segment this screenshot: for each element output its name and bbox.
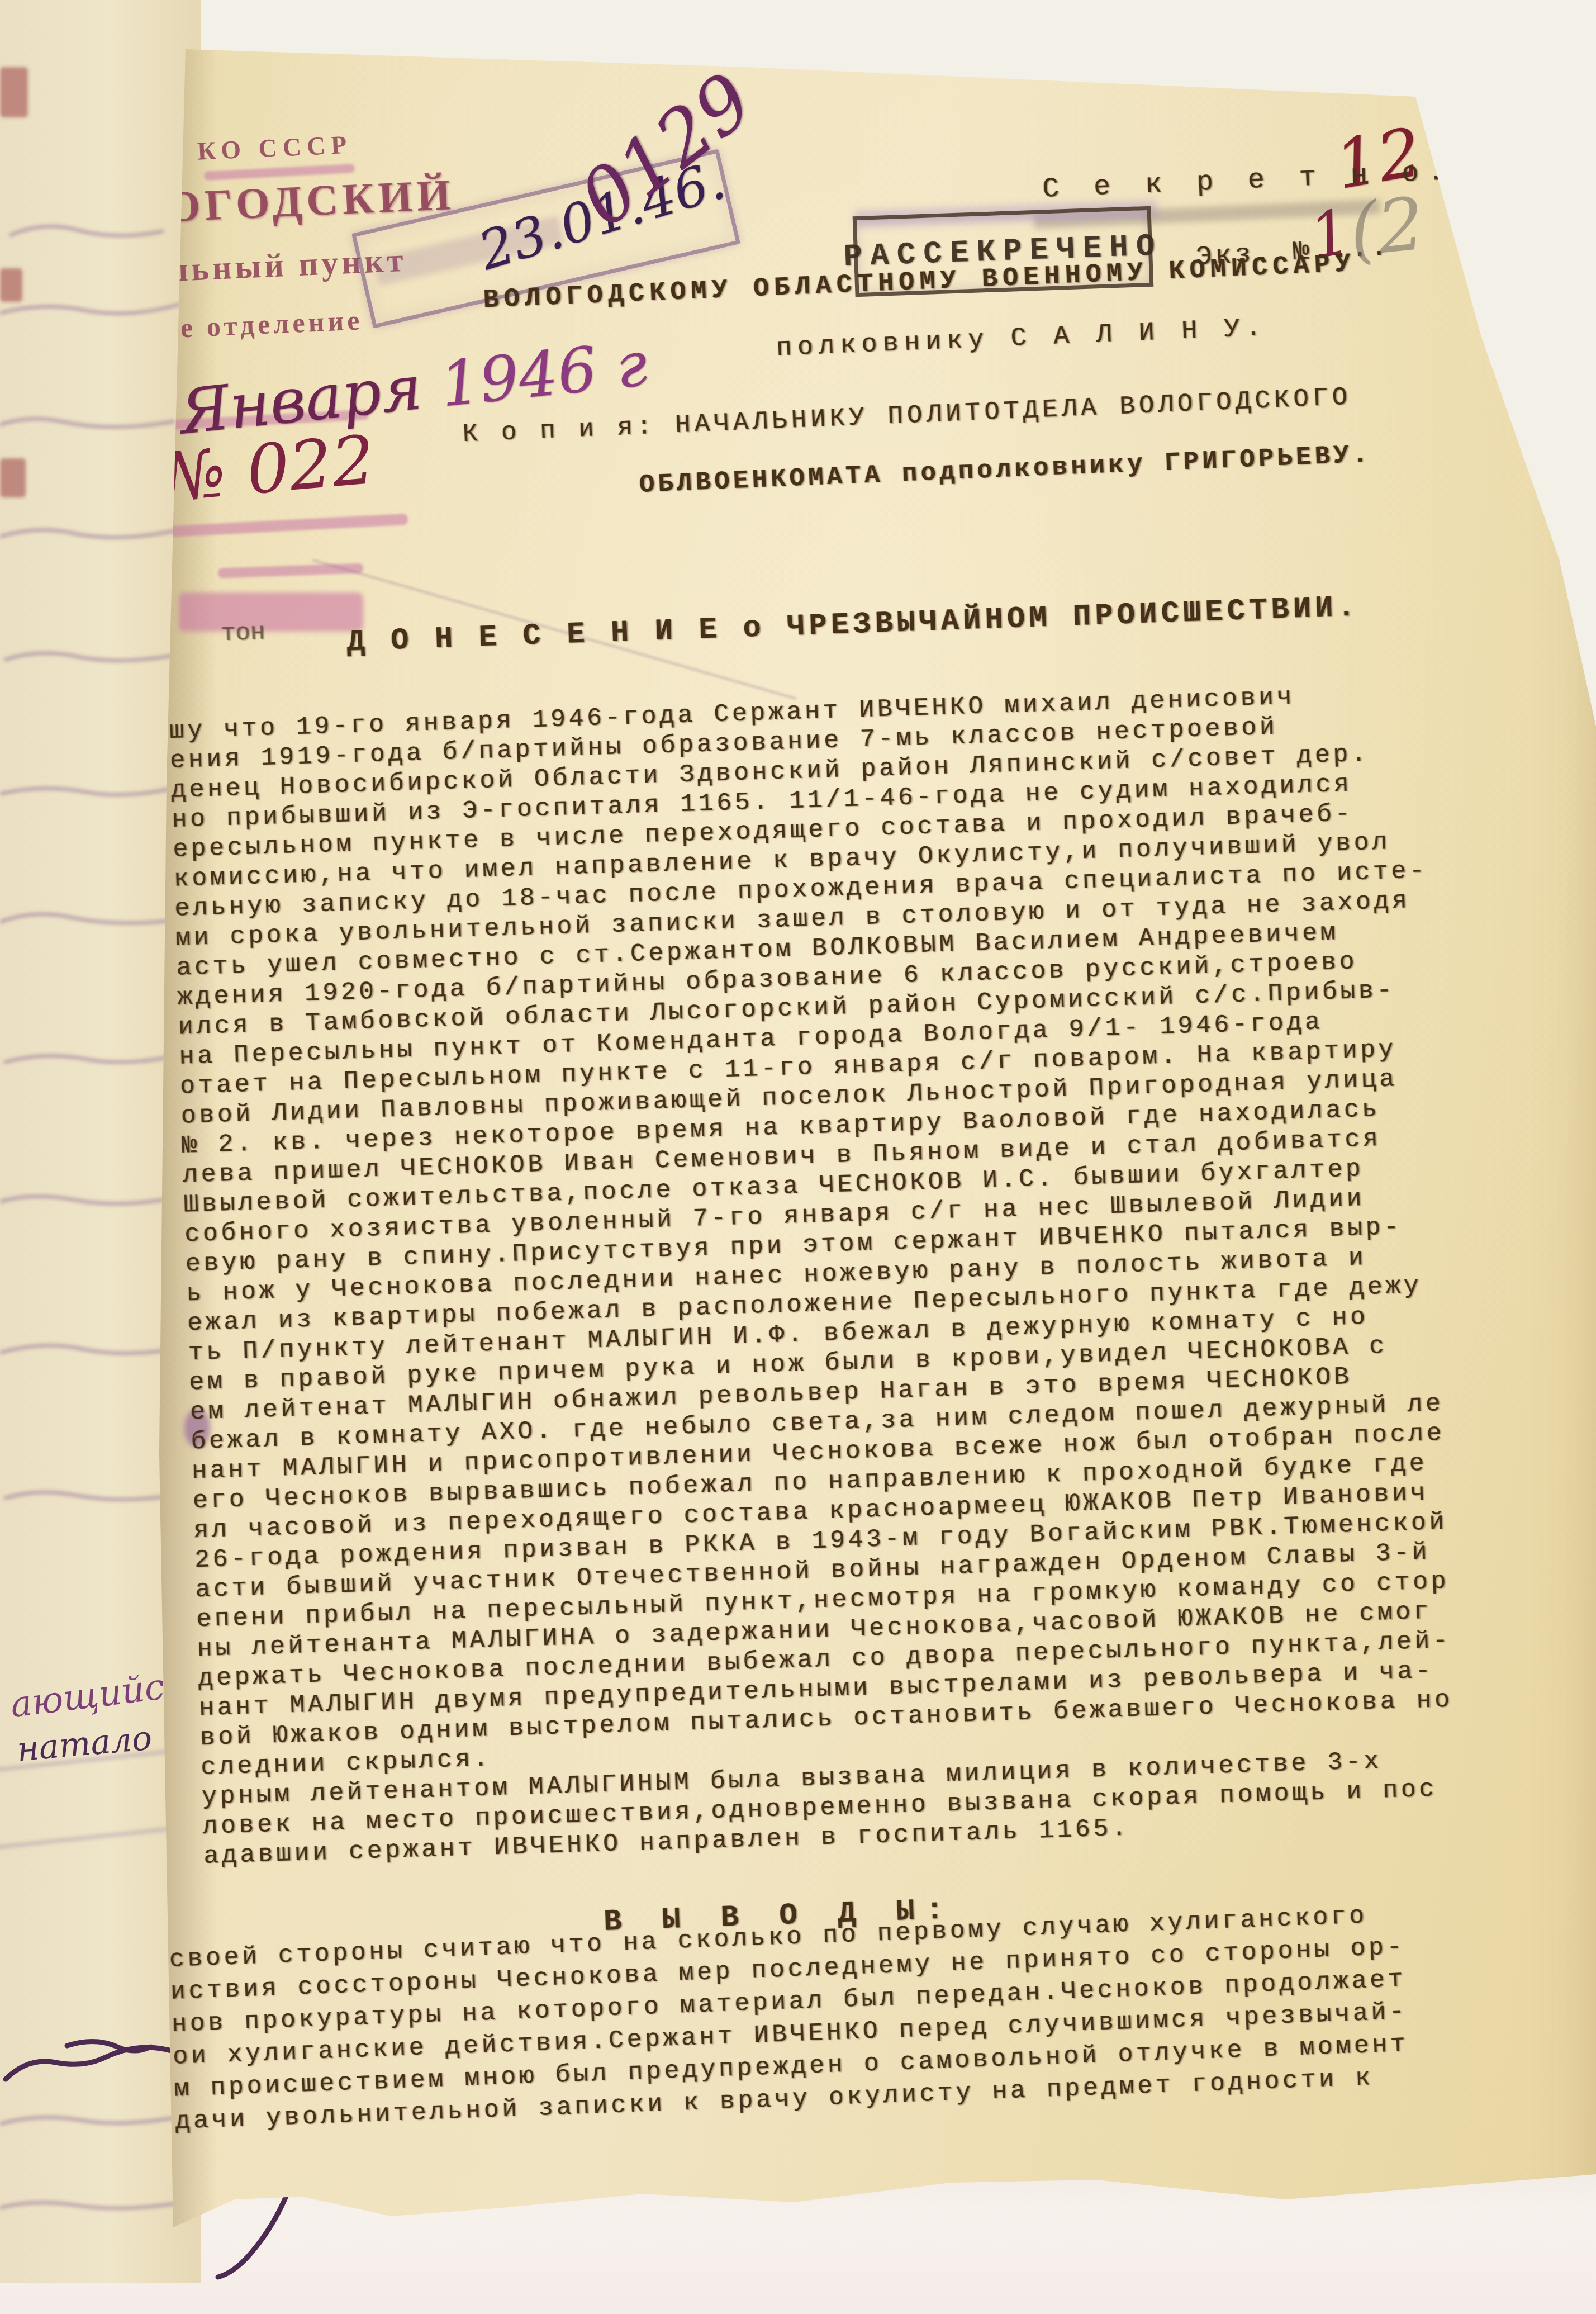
pencil-mark: (2 [1345,181,1428,273]
document-page: КО СССР ОГОДСКИЙ льный пункт е отделение… [0,0,1596,2314]
ink-mark [0,67,28,117]
copy-addressee-line: ОБЛВОЕНКОМАТА подполковнику ГРИГОРЬЕВУ. [639,440,1372,500]
faint-text-fragment: тон [220,619,265,648]
stamp-smudge [179,592,363,632]
ink-mark [0,268,22,302]
addressee-line: полковнику С А Л И Н У. [776,314,1267,364]
letterhead-line: КО СССР [197,125,453,166]
handwritten-year: 1946 г [437,328,650,420]
report-body: шу что 19-го января 1946-года Сержант ИВ… [169,676,1545,1871]
stamp-line [218,563,363,578]
ink-mark [0,458,26,497]
scanned-document-screenshot: ающийся натало КО СССР ОГОДСКИЙ льный пу… [0,0,1596,2314]
document-title: Д О Н Е С Е Н И Е о ЧРЕЗВЫЧАЙНОМ ПРОИСШЕ… [346,590,1360,660]
conclusions-body: своей стороны считаю что на сколько по п… [169,1895,1516,2138]
